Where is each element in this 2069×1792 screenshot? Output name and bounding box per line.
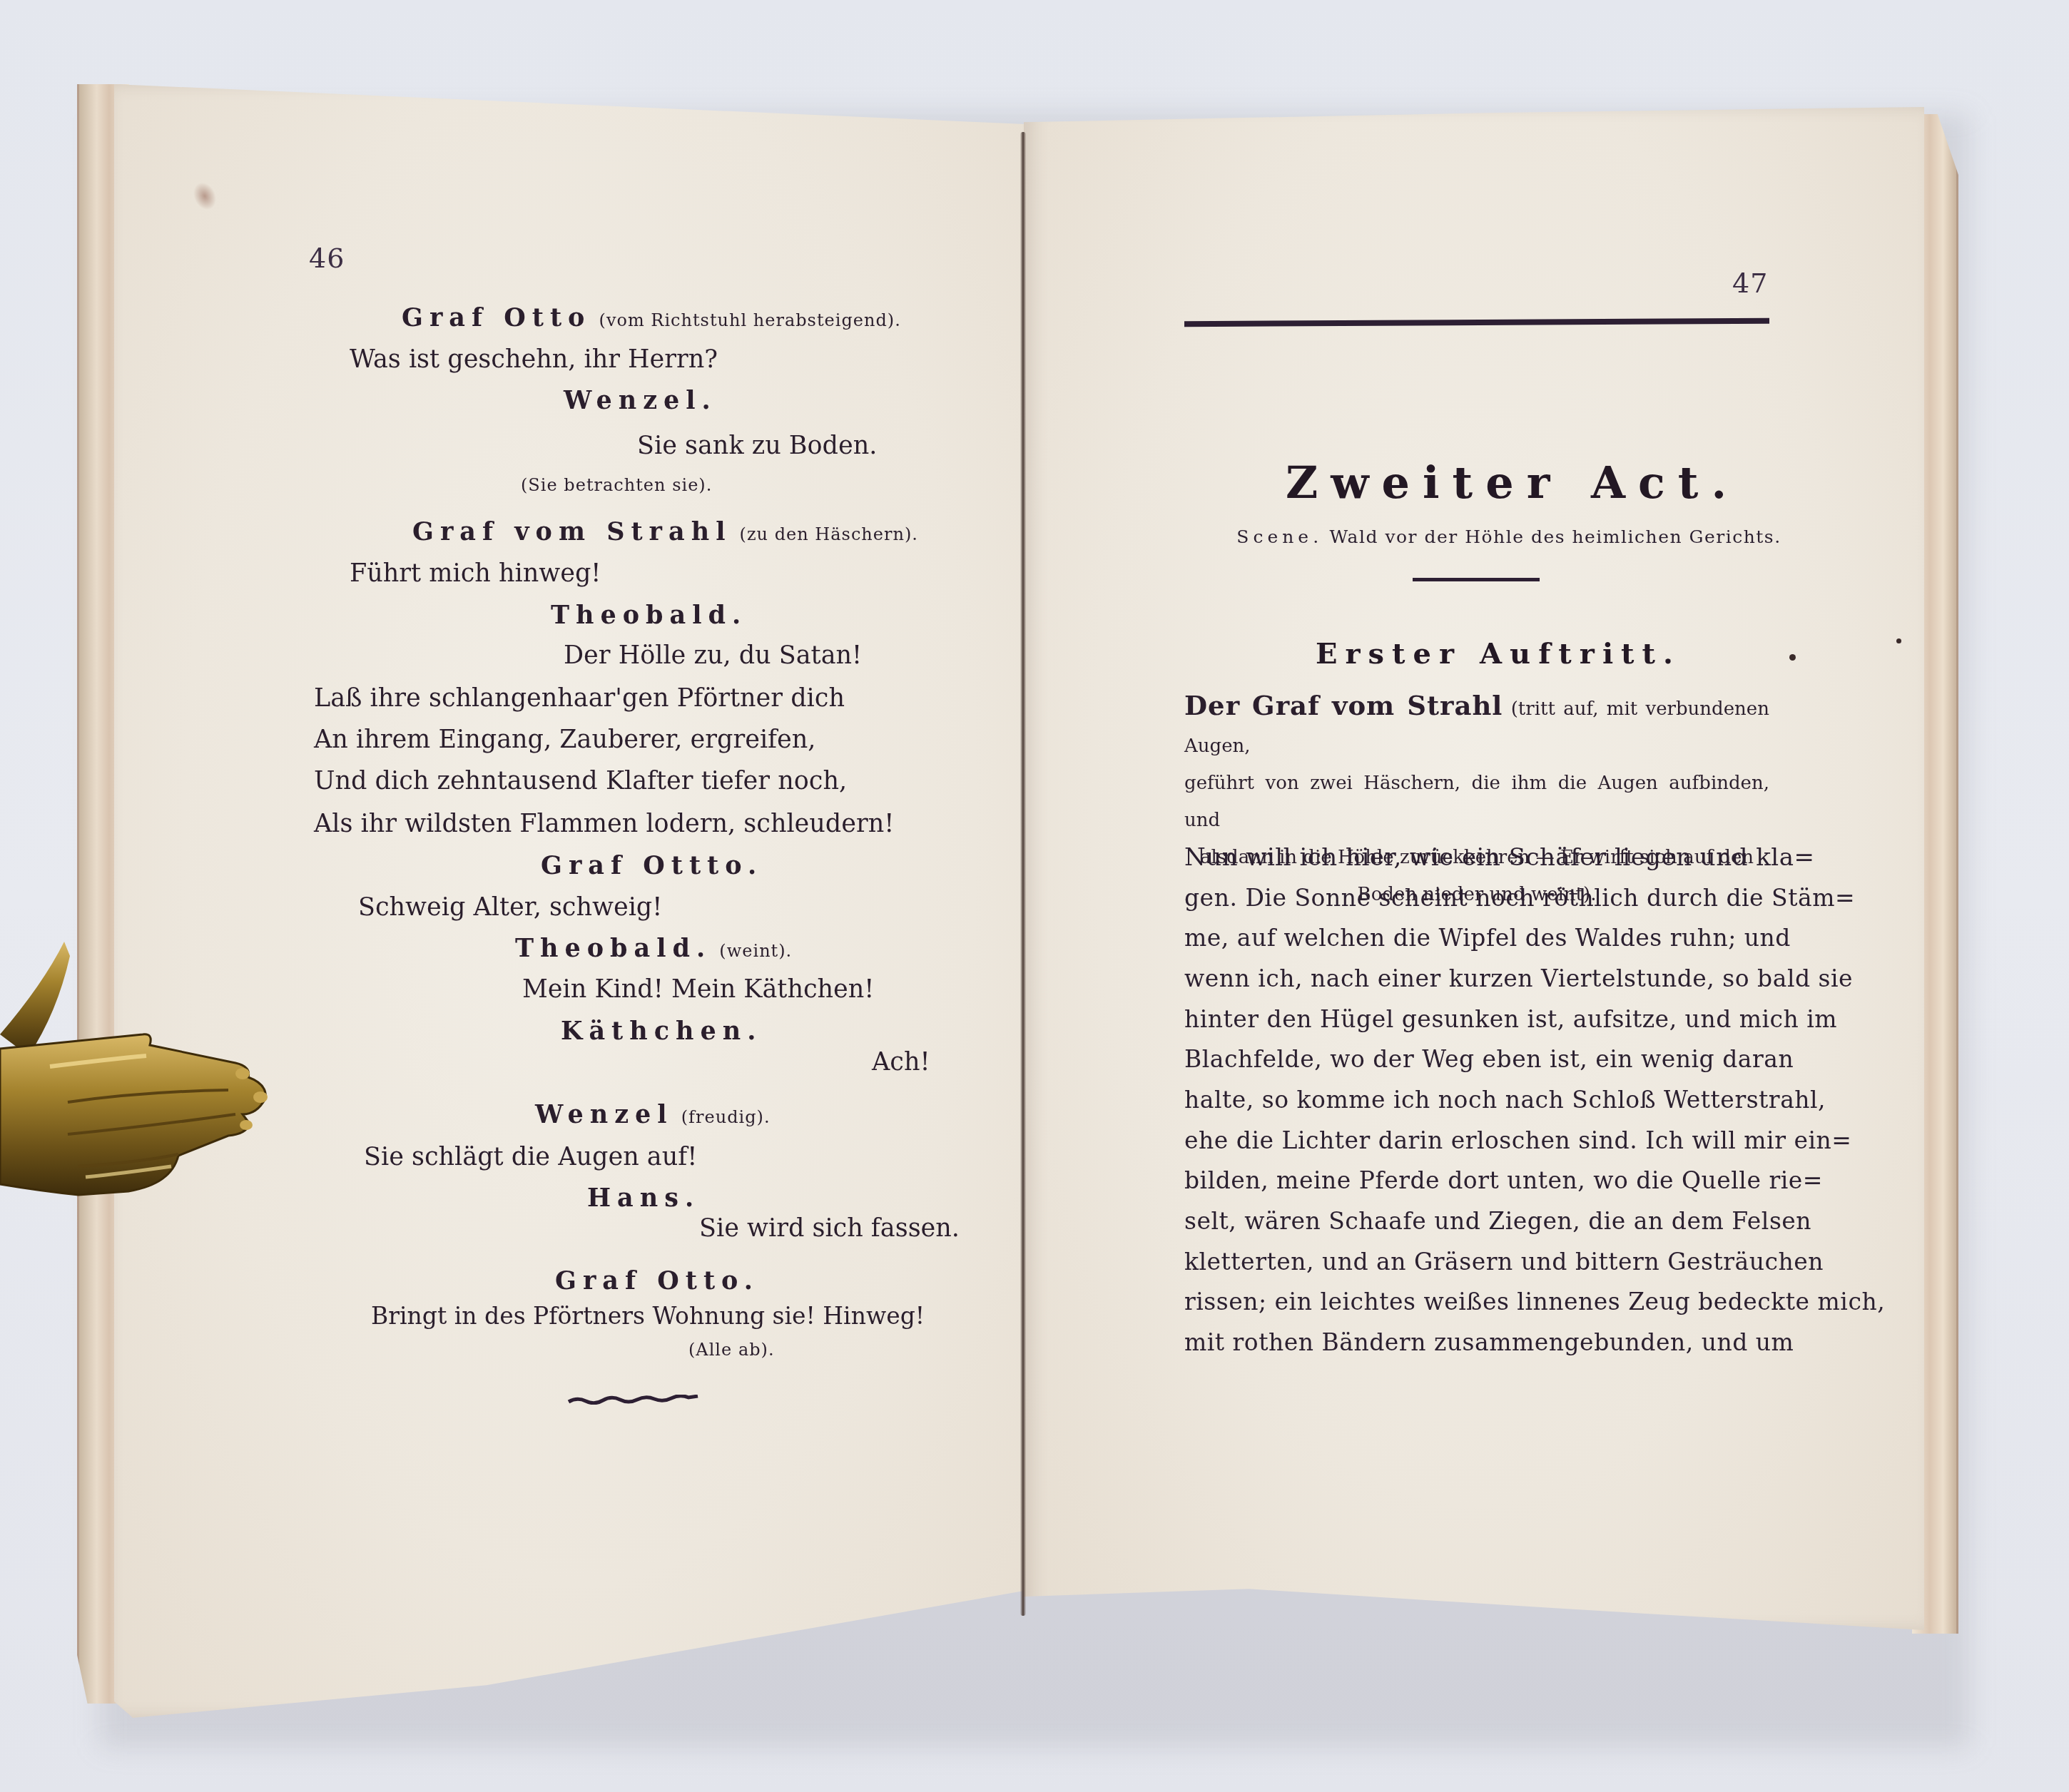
speaker-line: Graf Ottto.	[541, 853, 763, 878]
prose-line: rissen; ein leichtes weißes linnenes Zeu…	[1184, 1290, 1764, 1313]
speaker-name: Graf Otto	[402, 303, 591, 332]
scene-label: Scene.	[1236, 526, 1323, 547]
prose-line: hinter den Hügel gesunken ist, aufsitze,…	[1184, 1007, 1764, 1031]
speaker-line: Graf Otto (vom Richtstuhl herabsteigend)…	[402, 305, 901, 331]
stage-direction: (vom Richtstuhl herabsteigend).	[599, 310, 901, 330]
brass-hand-clip-icon	[0, 927, 275, 1213]
speaker-line: Theobald. (weint).	[515, 936, 792, 962]
verse-line: Laß ihre schlangenhaar'gen Pförtner dich	[314, 686, 845, 711]
scene-text: Wald vor der Höhle des heimlichen Gerich…	[1330, 526, 1781, 547]
stage-direction: (zu den Häschern).	[740, 524, 918, 544]
page-number-left: 46	[309, 243, 345, 274]
speaker-line: Theobald.	[551, 603, 747, 628]
stage-direction-block: Der Graf vom Strahl (tritt auf, mit verb…	[1184, 687, 1769, 913]
verse-line: Als ihr wildsten Flammen lodern, schleud…	[314, 812, 894, 837]
verse-line: Bringt in des Pförtners Wohnung sie! Hin…	[371, 1304, 925, 1328]
prose-line: kletterten, und an Gräsern und bittern G…	[1184, 1250, 1764, 1273]
verse-line: Sie wird sich fassen.	[699, 1216, 960, 1241]
verse-line: Mein Kind! Mein Käthchen!	[522, 977, 874, 1002]
speaker-line: Wenzel (freudig).	[535, 1102, 771, 1128]
speaker-line: Käthchen.	[561, 1019, 762, 1044]
verse-line: Sie sank zu Boden.	[637, 434, 877, 459]
stage-direction: (Sie betrachten sie).	[521, 477, 712, 494]
speaker-line: Graf vom Strahl (zu den Häschern).	[412, 519, 918, 545]
verse-line: Schweig Alter, schweig!	[358, 895, 662, 920]
prose-line: Nun will ich hier, wie ein Schäfer liege…	[1184, 845, 1764, 870]
page-number-right: 47	[1732, 268, 1768, 299]
prose-line: ehe die Lichter darin erloschen sind. Ic…	[1184, 1129, 1764, 1152]
verse-line: Sie schlägt die Augen auf!	[364, 1145, 697, 1170]
stage-direction-line-2: geführt von zwei Häschern, die ihm die A…	[1184, 765, 1769, 839]
speaker-name: Wenzel	[535, 1100, 673, 1129]
verse-line: Führt mich hinweg!	[350, 561, 601, 586]
verse-line: Der Hölle zu, du Satan!	[564, 643, 862, 668]
scene-title: Erster Auftritt.	[1316, 637, 1681, 671]
speaker-name: Graf vom Strahl	[412, 517, 731, 546]
prose-line: me, auf welchen die Wipfel des Waldes ru…	[1184, 926, 1764, 950]
paper-speck	[1896, 638, 1901, 643]
scene-line: Scene. Wald vor der Höhle des heimlichen…	[1236, 526, 1781, 547]
prose-line: gen. Die Sonne scheint noch röthlich dur…	[1184, 886, 1764, 910]
prose-line: Blachfelde, wo der Weg eben ist, ein wen…	[1184, 1047, 1764, 1071]
stage-direction: (Alle ab).	[688, 1341, 775, 1358]
prose-line: halte, so komme ich noch nach Schloß Wet…	[1184, 1088, 1764, 1111]
verse-line: Was ist geschehn, ihr Herrn?	[350, 347, 718, 372]
speaker-line: Wenzel.	[564, 388, 717, 413]
stage-direction-line-1: Der Graf vom Strahl (tritt auf, mit verb…	[1184, 687, 1769, 765]
book-gutter	[1020, 132, 1026, 1616]
prose-line: selt, wären Schaafe und Ziegen, die an d…	[1184, 1209, 1764, 1233]
speaker-name: Theobald.	[515, 934, 711, 963]
short-rule	[1413, 578, 1540, 581]
speaker-line: Graf Otto.	[555, 1268, 759, 1293]
paper-speck	[1789, 654, 1796, 661]
verse-line: Und dich zehntausend Klafter tiefer noch…	[314, 769, 847, 794]
act-title: Zweiter Act.	[1286, 457, 1739, 509]
stage-direction: (weint).	[719, 941, 792, 961]
speaker-name: Der Graf vom Strahl	[1184, 690, 1503, 721]
prose-line: wenn ich, nach einer kurzen Viertelstund…	[1184, 967, 1764, 990]
prose-line: mit rothen Bändern zusammengebunden, und…	[1184, 1330, 1764, 1354]
verse-line: Ach!	[872, 1050, 930, 1075]
stage-direction: (freudig).	[681, 1107, 771, 1127]
prose-line: bilden, meine Pferde dort unten, wo die …	[1184, 1169, 1764, 1192]
wave-ornament	[567, 1395, 699, 1405]
verse-line: An ihrem Eingang, Zauberer, ergreifen,	[314, 728, 815, 753]
speaker-line: Hans.	[587, 1186, 700, 1211]
